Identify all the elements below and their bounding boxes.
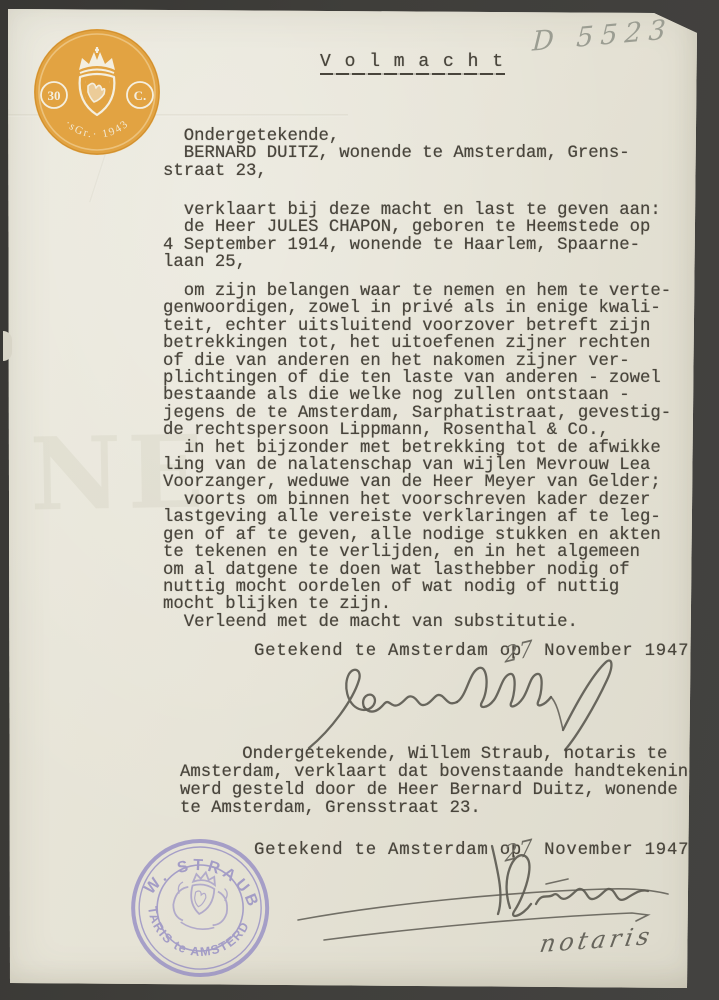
svg-text:W. STRAUB: W. STRAUB bbox=[140, 848, 268, 915]
paragraph-attorney: verklaart bij deze macht en last te geve… bbox=[163, 202, 661, 272]
paper-edge-notch bbox=[3, 331, 12, 361]
notary-attestation: Ondergetekende, Willem Straub, notaris t… bbox=[180, 746, 699, 818]
signature-bernard-duitz bbox=[301, 652, 671, 760]
seal-name-arc: W. STRAUB bbox=[140, 848, 268, 915]
pencil-filing-code: D 5523 bbox=[531, 13, 682, 57]
paper-sheet: NE 30 C. bbox=[8, 6, 704, 988]
notary-seal-icon: W. STRAUB NOTARIS te AMSTERDAM bbox=[109, 816, 291, 988]
document-scan: NE 30 C. bbox=[0, 0, 719, 1000]
stamp-currency: C. bbox=[134, 88, 147, 103]
document-title: V o l m a c h t bbox=[320, 52, 505, 75]
stamp-denomination: 30 bbox=[48, 88, 61, 103]
paragraph-powers: om zijn belangen waar te nemen en hem te… bbox=[163, 283, 671, 631]
revenue-stamp-icon: 30 C. ·sGr.· 1943 bbox=[24, 20, 172, 168]
paragraph-principal: Ondergetekende, BERNARD DUITZ, wonende t… bbox=[163, 128, 630, 180]
